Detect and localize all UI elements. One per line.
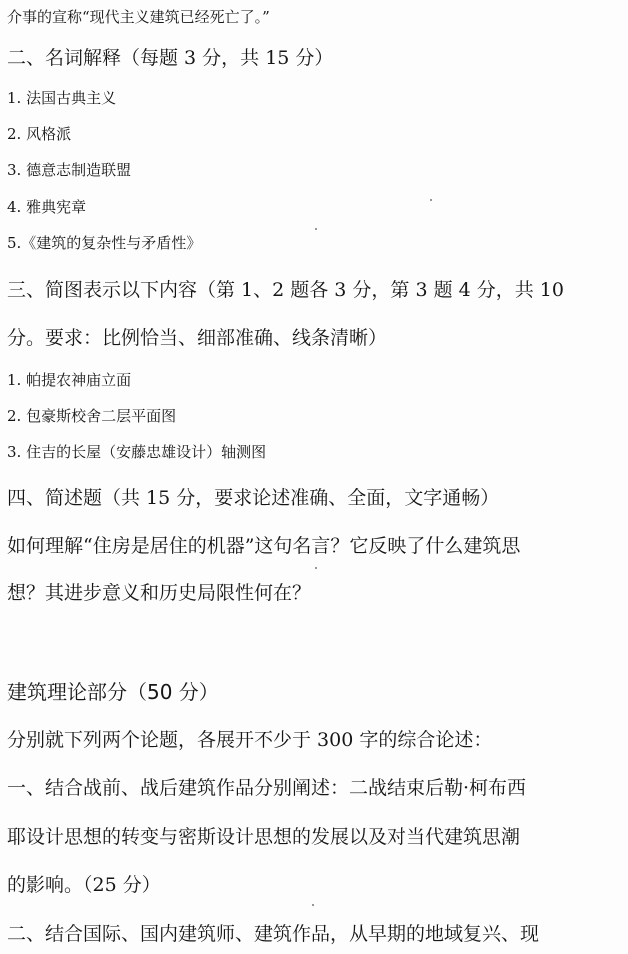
- theory-topic1-line1: 一、结合战前、战后建筑作品分别阐述：二战结束后勒·柯布西: [7, 773, 526, 800]
- theory-topic2-line1: 二、结合国际、国内建筑师、建筑作品，从早期的地域复兴、现: [7, 919, 539, 946]
- intro-tail-text: 介事的宣称“现代主义建筑已经死亡了。”: [7, 6, 270, 27]
- scan-speck: [312, 904, 314, 906]
- section4-question-line2: 想？其进步意义和历史局限性何在？: [7, 578, 311, 605]
- section3-title-line1: 三、简图表示以下内容（第 1、2 题各 3 分，第 3 题 4 分，共 10: [7, 275, 564, 302]
- section2-item-4: 4. 雅典宪章: [7, 196, 86, 217]
- section2-title: 二、名词解释（每题 3 分，共 15 分）: [7, 43, 333, 70]
- scan-speck: [315, 567, 317, 569]
- section3-item-3: 3. 住吉的长屋（安藤忠雄设计）轴测图: [7, 441, 266, 462]
- section2-item-5: 5.《建筑的复杂性与矛盾性》: [7, 232, 201, 253]
- scan-speck: [430, 199, 432, 201]
- theory-heading: 建筑理论部分（50 分）: [7, 676, 219, 705]
- section3-item-2: 2. 包豪斯校舍二层平面图: [7, 405, 176, 426]
- section3-item-1: 1. 帕提农神庙立面: [7, 369, 131, 390]
- section4-title: 四、简述题（共 15 分，要求论述准确、全面，文字通畅）: [7, 483, 499, 510]
- section2-item-1: 1. 法国古典主义: [7, 87, 116, 108]
- section2-item-2: 2. 风格派: [7, 123, 71, 144]
- section2-item-3: 3. 德意志制造联盟: [7, 159, 131, 180]
- theory-topic1-line2: 耶设计思想的转变与密斯设计思想的发展以及对当代建筑思潮: [7, 822, 520, 849]
- scan-speck: [315, 228, 317, 230]
- section4-question-line1: 如何理解“住房是居住的机器”这句名言？它反映了什么建筑思: [7, 531, 520, 558]
- theory-topic1-line3: 的影响。（25 分）: [7, 870, 161, 897]
- theory-instruction: 分别就下列两个论题，各展开不少于 300 字的综合论述：: [7, 725, 492, 752]
- section3-title-line2: 分。要求：比例恰当、细部准确、线条清晰）: [7, 323, 387, 350]
